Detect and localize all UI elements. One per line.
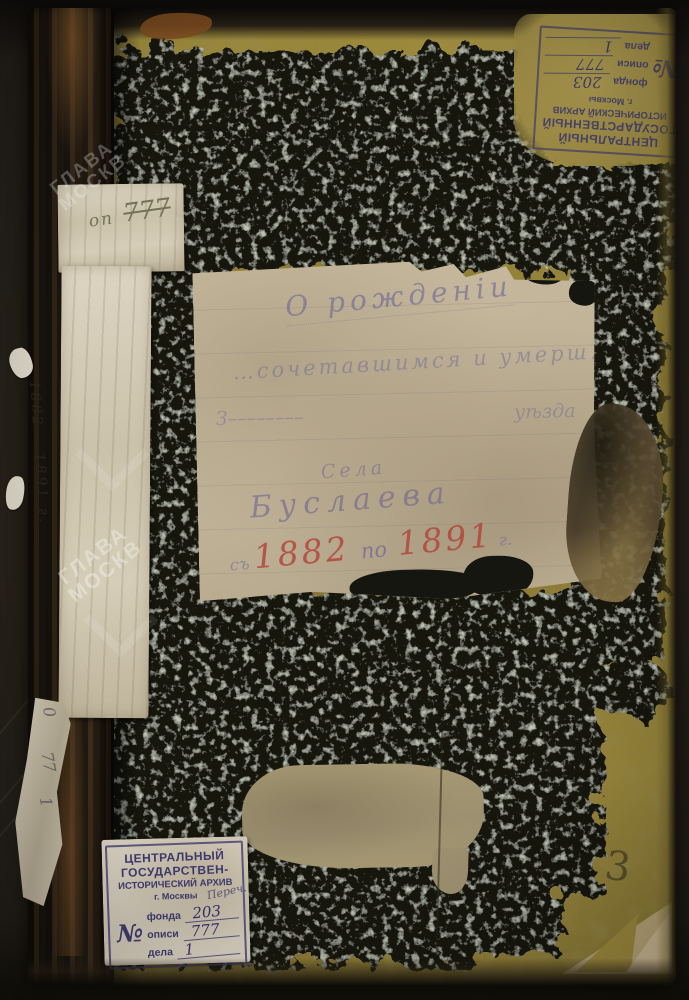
cover-right-edge [656, 8, 676, 986]
title-line-3-left: З–––––––– [215, 406, 303, 430]
backdrop-scratch [0, 698, 30, 753]
archive-stamp-bottom-label: ЦЕНТРАЛЬНЫЙ ГОСУДАРСТВЕН- ИСТОРИЧЕСКИЙ А… [101, 836, 250, 966]
archive-stamp-top-box: ЦЕНТРАЛЬНЫЙ ГОСУДАРСТВЕННЫЙ ИСТОРИЧЕСКИЙ… [532, 26, 676, 159]
date-from: 1882 [252, 529, 351, 577]
archive-stamp-bottom: ЦЕНТРАЛЬНЫЙ ГОСУДАРСТВЕН- ИСТОРИЧЕСКИЙ А… [105, 841, 247, 970]
paper-fragment: 1 [36, 795, 61, 836]
spine-paper-strip [58, 266, 151, 719]
archive-stamp-bottom-box: ЦЕНТРАЛЬНЫЙ ГОСУДАРСТВЕН- ИСТОРИЧЕСКИЙ А… [105, 841, 247, 970]
stamp-fields: № фонда 203 описи 777 дела [114, 902, 240, 961]
title-line-2: …сочетавшимся и умерш… [232, 338, 614, 384]
stamp-opis-label: описи [617, 57, 649, 71]
date-connector: по [360, 537, 388, 563]
stamp-delo-label: дела [624, 40, 650, 54]
stamp-rows: фонда 203 описи 777 дела 1 [543, 35, 650, 95]
photo-backdrop: ГЛАВА МОСКВ ГЛАВА МОСКВ оп 777 1882 – 18… [0, 0, 689, 1000]
title-label: О рожденіи …сочетавшимся и умерш… З–––––… [192, 257, 602, 604]
book-cover: ГЛАВА МОСКВ ГЛАВА МОСКВ оп 777 1882 – 18… [28, 8, 676, 986]
stamp-opis-row: описи 777 [147, 922, 239, 941]
stamp-fond-label: фонда [613, 75, 648, 89]
stamp-fond-value: 203 [544, 73, 610, 90]
paper-tuft [3, 475, 27, 512]
stamp-rows: фонда 203 описи 777 дела 1 [146, 902, 240, 959]
opis-annotation-prefix: оп [87, 208, 115, 231]
stamp-fond-label: фонда [146, 910, 181, 923]
stamp-number-sign: № [117, 918, 144, 948]
date-to: 1891 [396, 515, 495, 563]
title-line-1: О рожденіи [284, 269, 515, 326]
stamp-delo-value: 1 [176, 938, 240, 960]
title-village: Буслаева [249, 476, 453, 526]
stamp-opis-label: описи [147, 928, 179, 941]
stamp-delo-value: 1 [546, 37, 621, 54]
date-prefix: съ [229, 554, 250, 575]
archive-stamp-top: ЦЕНТРАЛЬНЫЙ ГОСУДАРСТВЕННЫЙ ИСТОРИЧЕСКИЙ… [532, 26, 676, 159]
title-line-3: З–––––––– уѣзда [215, 400, 575, 430]
title-line-3-right: уѣзда [514, 400, 576, 423]
stamp-fond-row: фонда 203 [146, 904, 238, 923]
title-line-4: Села [320, 457, 387, 484]
date-suffix: г. [498, 530, 513, 550]
stamp-delo-row: дела 1 [148, 940, 240, 959]
stamp-opis-value: 777 [545, 55, 614, 72]
cover-bottom-edge [28, 958, 676, 986]
paper-fragment: 0 [39, 705, 64, 746]
